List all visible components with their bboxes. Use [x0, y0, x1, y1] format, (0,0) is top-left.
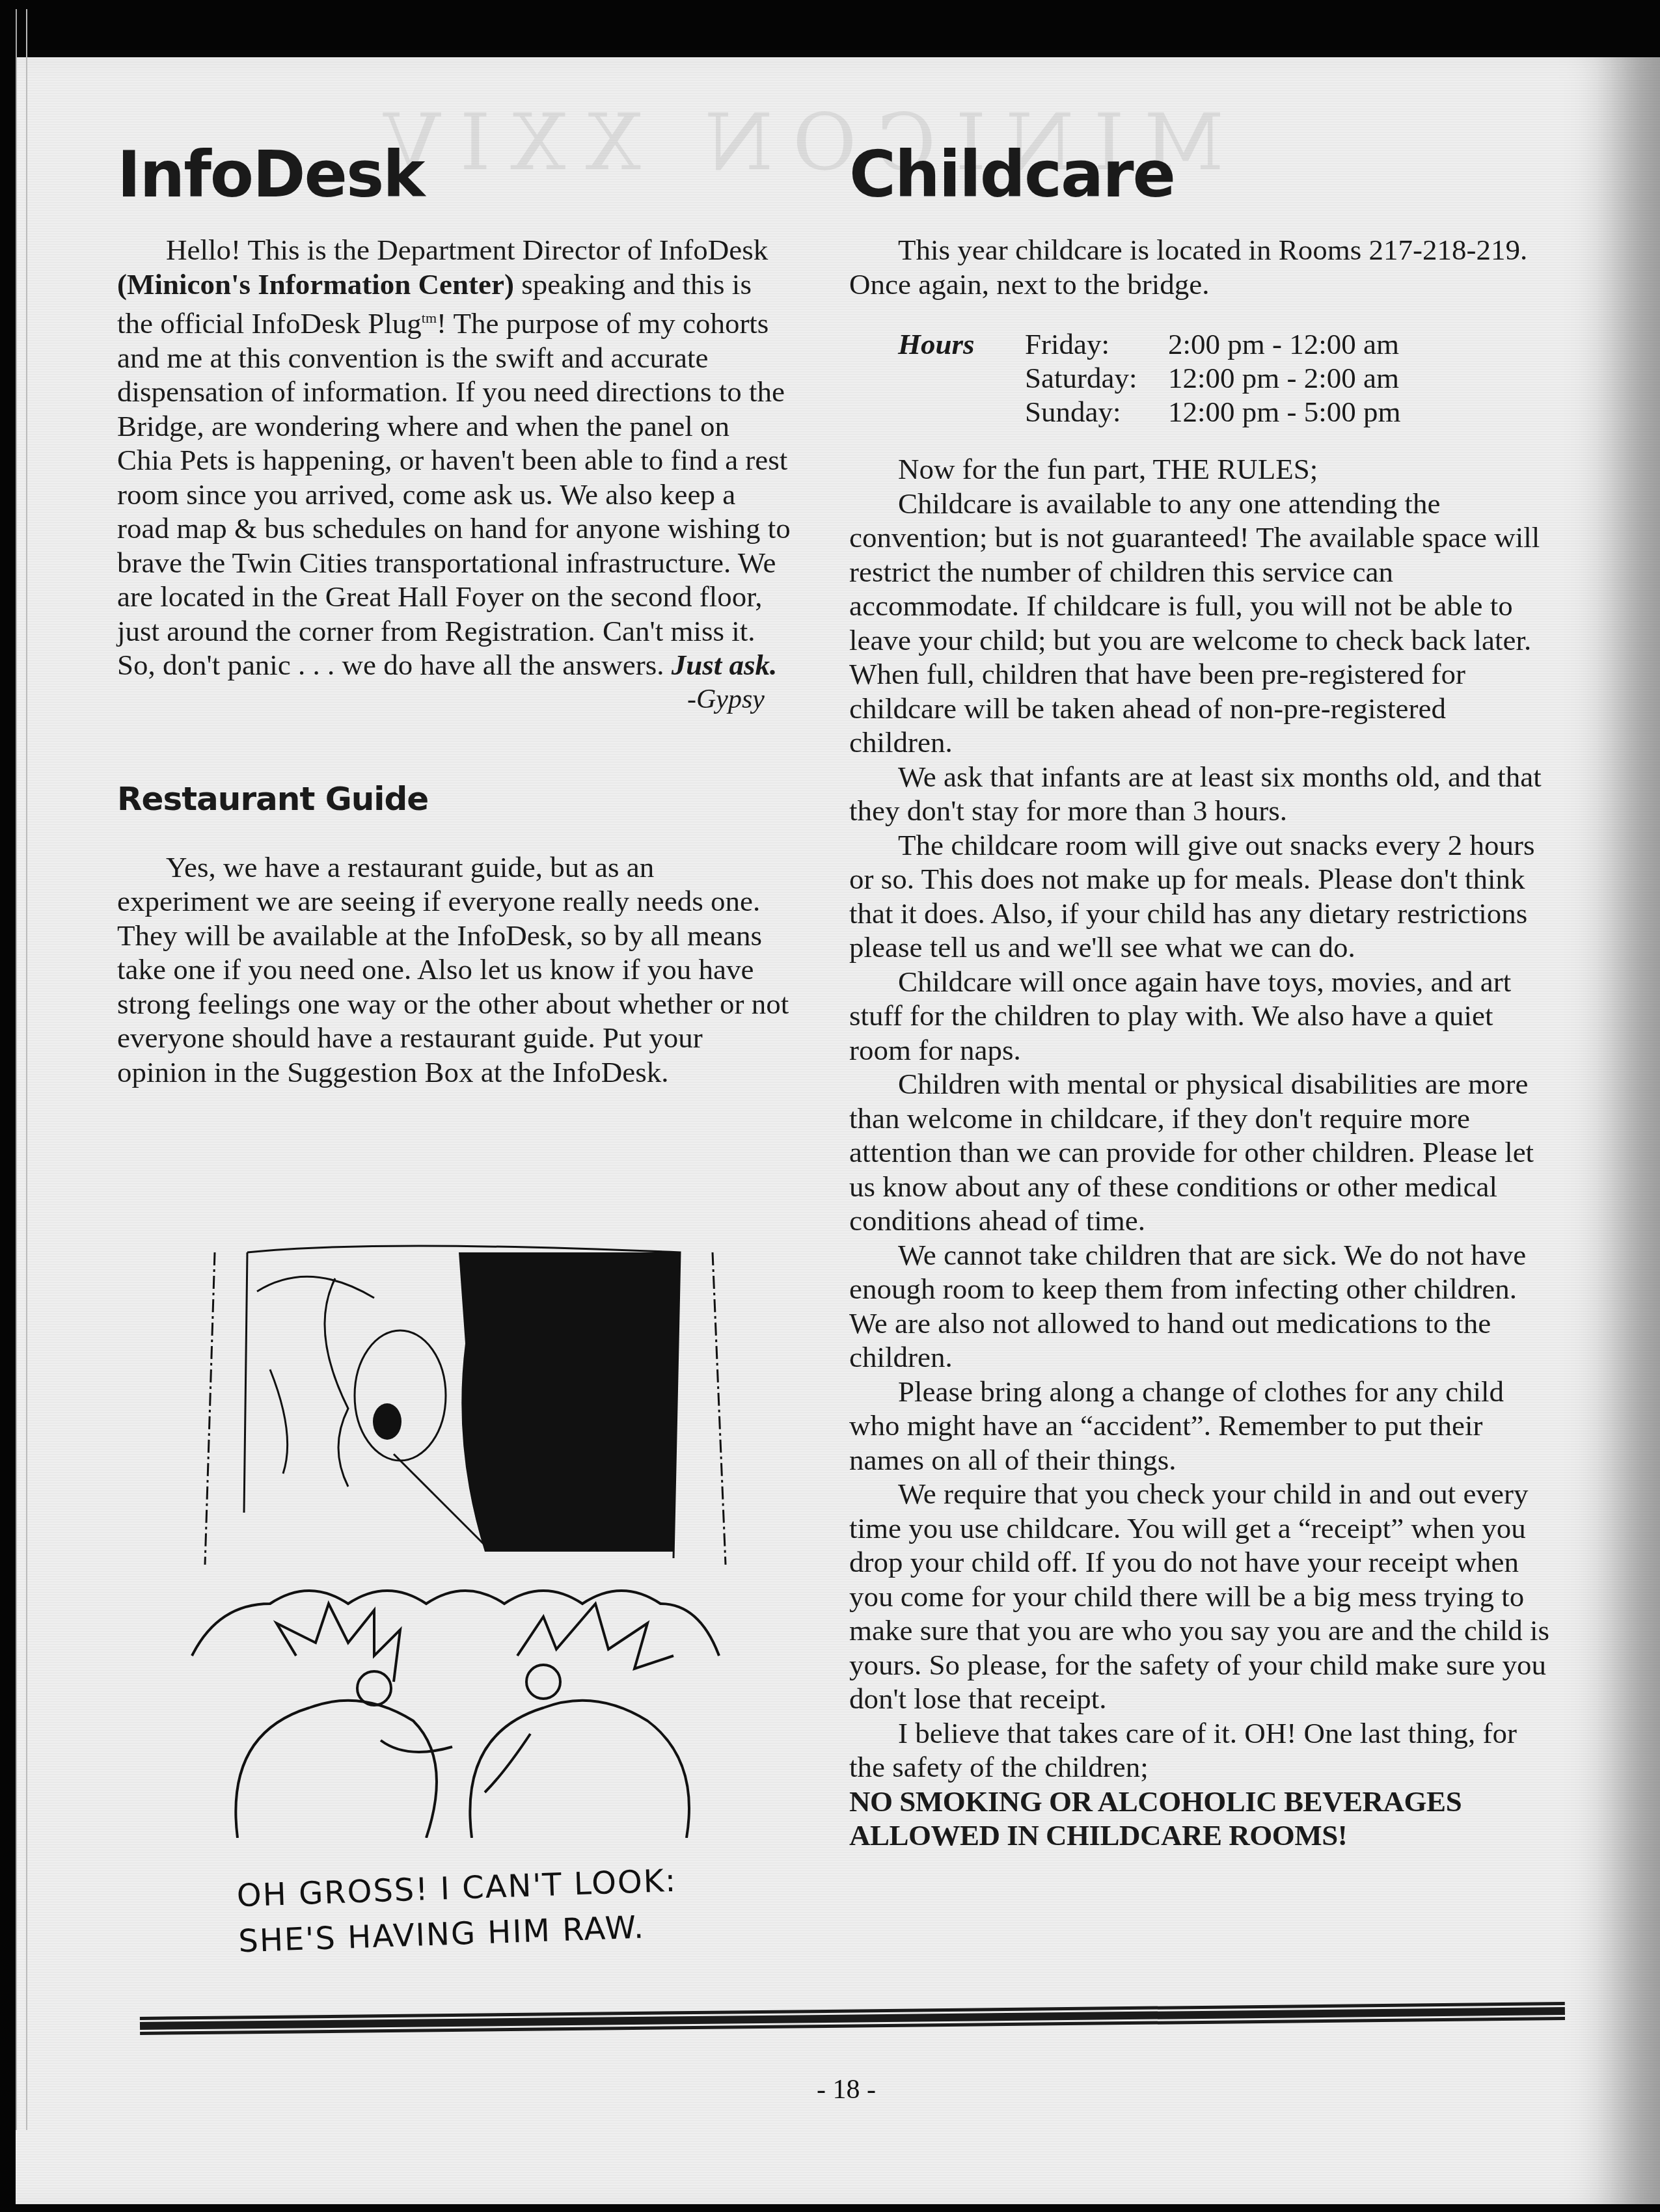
rules-intro: Now for the fun part, THE RULES;	[849, 452, 1555, 487]
infodesk-title: InfoDesk	[117, 143, 791, 207]
right-column: Childcare This year childcare is located…	[849, 143, 1555, 1852]
hours-day: Sunday:	[1025, 395, 1168, 429]
hours-day: Saturday:	[1025, 361, 1168, 395]
hours-day: Friday:	[1025, 327, 1168, 361]
hours-time: 12:00 pm - 5:00 pm	[1168, 395, 1441, 429]
left-column: InfoDesk Hello! This is the Department D…	[117, 143, 791, 1089]
childcare-title: Childcare	[849, 143, 1555, 207]
childcare-location: This year childcare is located in Rooms …	[849, 233, 1555, 301]
rule-paragraph: We cannot take children that are sick. W…	[849, 1238, 1555, 1375]
rule-paragraph: We ask that infants are at least six mon…	[849, 760, 1555, 828]
rule-paragraph: We require that you check your child in …	[849, 1477, 1555, 1716]
page-number: - 18 -	[817, 2074, 876, 2105]
restaurant-guide-body: Yes, we have a restaurant guide, but as …	[117, 850, 791, 1090]
page-stack-edge	[16, 9, 27, 2130]
rule-paragraph: I believe that takes care of it. OH! One…	[849, 1716, 1555, 1785]
signature: -Gypsy	[117, 684, 791, 715]
childcare-hours: Hours Friday: 2:00 pm - 12:00 am Saturda…	[898, 327, 1555, 429]
rule-paragraph: Please bring along a change of clothes f…	[849, 1375, 1555, 1477]
rule-paragraph: Childcare is available to any one attend…	[849, 487, 1555, 760]
minicon-info-center: (Minicon's Information Center)	[117, 268, 514, 301]
cartoon-caption: OH GROSS! I CAN'T LOOK: SHE'S HAVING HIM…	[236, 1855, 772, 1965]
rule-paragraph: The childcare room will give out snacks …	[849, 828, 1555, 965]
just-ask: Just ask.	[672, 649, 778, 681]
cartoon-illustration	[179, 1239, 752, 1838]
hours-time: 2:00 pm - 12:00 am	[1168, 327, 1441, 361]
infodesk-intro: Hello! This is the Department Director o…	[117, 233, 791, 682]
no-smoking-warning: NO SMOKING OR ALCOHOLIC BEVERAGES ALLOWE…	[849, 1785, 1555, 1852]
rule-paragraph: Childcare will once again have toys, mov…	[849, 965, 1555, 1068]
hours-label: Hours	[898, 327, 1025, 361]
trademark-mark: tm	[422, 310, 437, 326]
rule-paragraph: Children with mental or physical disabil…	[849, 1067, 1555, 1238]
hours-time: 12:00 pm - 2:00 am	[1168, 361, 1441, 395]
restaurant-guide-title: Restaurant Guide	[117, 780, 791, 818]
